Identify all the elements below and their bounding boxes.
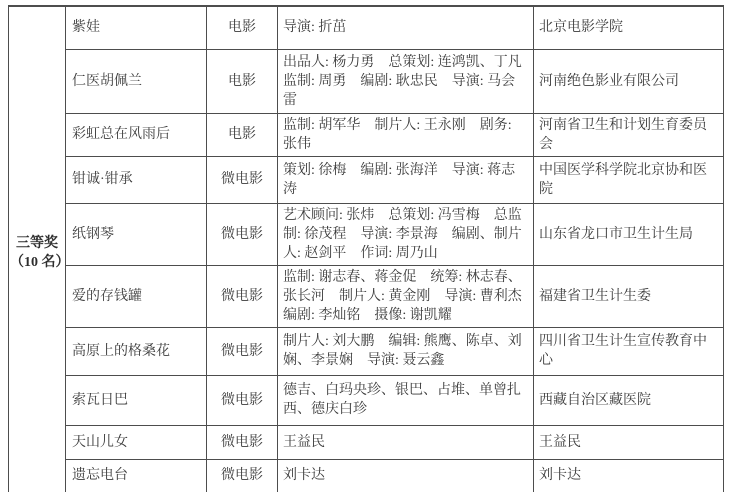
type-cell: 微电影 — [207, 425, 278, 459]
org-cell: 福建省卫生计生委 — [534, 265, 724, 327]
title-cell: 彩虹总在风雨后 — [66, 113, 207, 156]
title-cell: 遗忘电台 — [66, 459, 207, 492]
title-cell: 爱的存钱罐 — [66, 265, 207, 327]
table-row: 索瓦日巴 微电影 德吉、白玛央珍、银巴、占堆、单曾扎西、德庆白珍 西藏自治区藏医… — [9, 375, 724, 425]
org-cell: 山东省龙口市卫生计生局 — [534, 203, 724, 265]
type-cell: 微电影 — [207, 265, 278, 327]
title-cell: 紫娃 — [66, 6, 207, 49]
credits-cell: 监制: 谢志春、蒋金促 统筹: 林志春、张长河 制片人: 黄金刚 导演: 曹利杰… — [278, 265, 534, 327]
org-cell: 西藏自治区藏医院 — [534, 375, 724, 425]
org-cell: 河南省卫生和计划生育委员会 — [534, 113, 724, 156]
title-cell: 高原上的格桑花 — [66, 327, 207, 375]
title-cell: 天山儿女 — [66, 425, 207, 459]
type-cell: 微电影 — [207, 327, 278, 375]
table-row: 三等奖 （10 名） 紫娃 电影 导演: 折茁 北京电影学院 — [9, 6, 724, 49]
credits-cell: 艺术顾问: 张炜 总策划: 冯雪梅 总监制: 徐茂程 导演: 李景海 编剧、制片… — [278, 203, 534, 265]
credits-cell: 监制: 胡军华 制片人: 王永刚 剧务: 张伟 — [278, 113, 534, 156]
title-cell: 钳诚·钳承 — [66, 156, 207, 203]
org-cell: 四川省卫生计生宣传教育中心 — [534, 327, 724, 375]
awards-table: 三等奖 （10 名） 紫娃 电影 导演: 折茁 北京电影学院 仁医胡佩兰 电影 … — [8, 5, 724, 492]
award-name: 三等奖 — [10, 234, 64, 253]
credits-cell: 刘卡达 — [278, 459, 534, 492]
type-cell: 微电影 — [207, 459, 278, 492]
credits-cell: 制片人: 刘大鹏 编辑: 熊鹰、陈卓、刘娴、李景娴 导演: 聂云鑫 — [278, 327, 534, 375]
table-row: 高原上的格桑花 微电影 制片人: 刘大鹏 编辑: 熊鹰、陈卓、刘娴、李景娴 导演… — [9, 327, 724, 375]
award-count: （10 名） — [10, 253, 64, 272]
table-row: 天山儿女 微电影 王益民 王益民 — [9, 425, 724, 459]
table-row: 仁医胡佩兰 电影 出品人: 杨力勇 总策划: 连鸿凯、丁凡 监制: 周勇 编剧:… — [9, 49, 724, 113]
org-cell: 河南绝色影业有限公司 — [534, 49, 724, 113]
table-row: 钳诚·钳承 微电影 策划: 徐梅 编剧: 张海洋 导演: 蒋志涛 中国医学科学院… — [9, 156, 724, 203]
table-row: 遗忘电台 微电影 刘卡达 刘卡达 — [9, 459, 724, 492]
award-category-cell: 三等奖 （10 名） — [9, 6, 66, 492]
title-cell: 仁医胡佩兰 — [66, 49, 207, 113]
table-row: 彩虹总在风雨后 电影 监制: 胡军华 制片人: 王永刚 剧务: 张伟 河南省卫生… — [9, 113, 724, 156]
table-row: 纸钢琴 微电影 艺术顾问: 张炜 总策划: 冯雪梅 总监制: 徐茂程 导演: 李… — [9, 203, 724, 265]
title-cell: 纸钢琴 — [66, 203, 207, 265]
credits-cell: 策划: 徐梅 编剧: 张海洋 导演: 蒋志涛 — [278, 156, 534, 203]
credits-cell: 王益民 — [278, 425, 534, 459]
title-cell: 索瓦日巴 — [66, 375, 207, 425]
type-cell: 微电影 — [207, 203, 278, 265]
org-cell: 王益民 — [534, 425, 724, 459]
credits-cell: 导演: 折茁 — [278, 6, 534, 49]
org-cell: 刘卡达 — [534, 459, 724, 492]
type-cell: 电影 — [207, 49, 278, 113]
table-row: 爱的存钱罐 微电影 监制: 谢志春、蒋金促 统筹: 林志春、张长河 制片人: 黄… — [9, 265, 724, 327]
credits-cell: 出品人: 杨力勇 总策划: 连鸿凯、丁凡 监制: 周勇 编剧: 耿忠民 导演: … — [278, 49, 534, 113]
type-cell: 电影 — [207, 6, 278, 49]
type-cell: 电影 — [207, 113, 278, 156]
type-cell: 微电影 — [207, 156, 278, 203]
type-cell: 微电影 — [207, 375, 278, 425]
credits-cell: 德吉、白玛央珍、银巴、占堆、单曾扎西、德庆白珍 — [278, 375, 534, 425]
org-cell: 北京电影学院 — [534, 6, 724, 49]
org-cell: 中国医学科学院北京协和医院 — [534, 156, 724, 203]
document-page: 三等奖 （10 名） 紫娃 电影 导演: 折茁 北京电影学院 仁医胡佩兰 电影 … — [0, 0, 730, 492]
